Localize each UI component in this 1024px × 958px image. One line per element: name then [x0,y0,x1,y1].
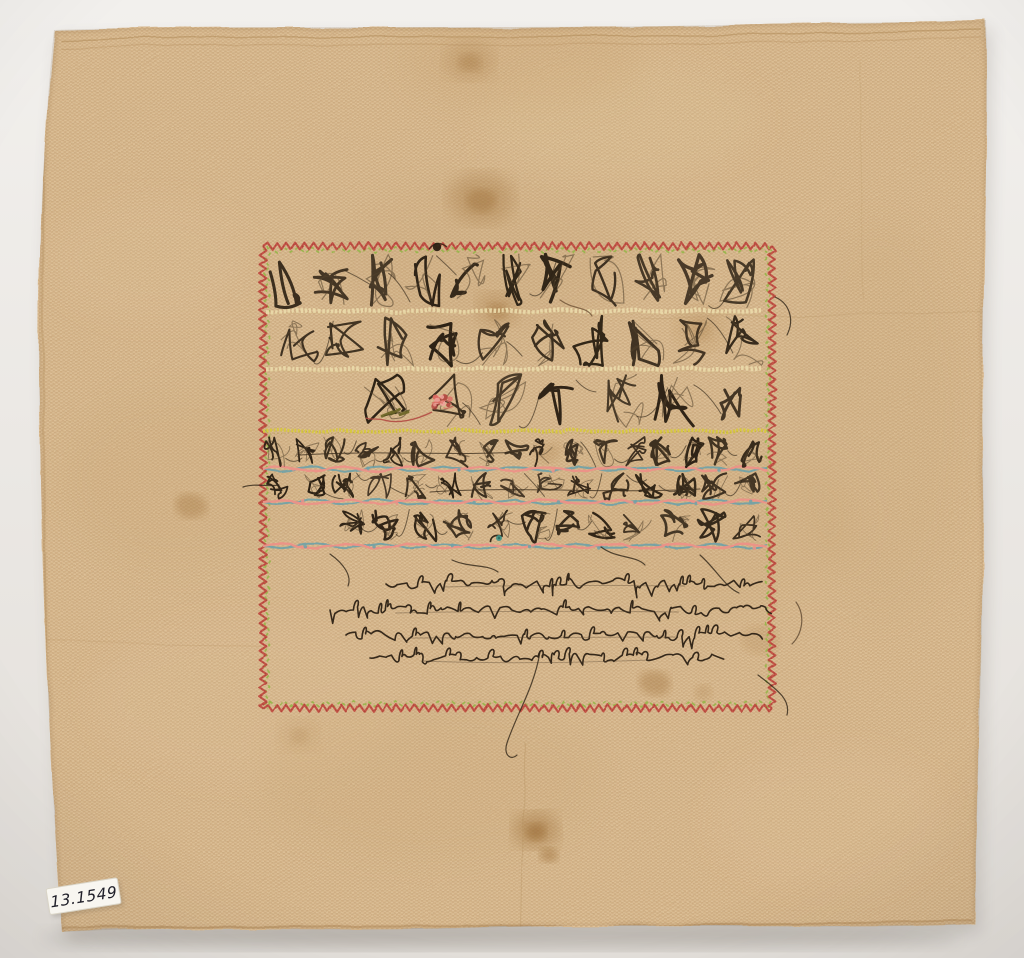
sampler-photograph: 13.1549 [0,0,1024,958]
vignette [0,0,1024,958]
museum-photo-scene: 13.1549 [0,0,1024,958]
